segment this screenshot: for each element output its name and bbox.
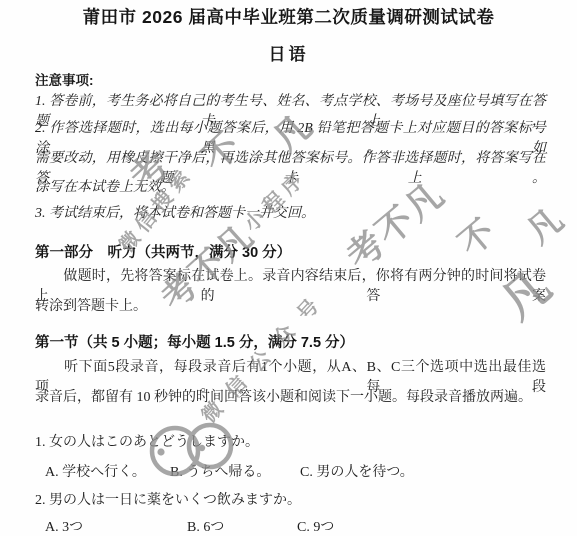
- section1-intro: 听下面5段录音，每段录音后有1个小题，从A、B、C三个选项中选出最佳选项。每段录…: [35, 358, 546, 417]
- option-label: C. 男の人を待つ。: [300, 461, 414, 481]
- part1-intro: 做题时，先将答案标在试卷上。录音内容结束后，你将有两分钟的时间将试卷上的答案转涂…: [35, 267, 546, 326]
- notice-heading: 注意事项:: [35, 69, 94, 89]
- text-line: 2. 作答选择题时，选出每小题答案后，用 2B 铅笔把答题卡上对应题目的答案标号…: [35, 119, 546, 149]
- question-2-options: A. 3つB. 6つC. 9つ: [35, 516, 546, 536]
- question-2-text: 2. 男の人は一日に薬をいくつ飲みますか。: [35, 489, 546, 509]
- question-1-text: 1. 女の人はこのあとどうしますか。: [35, 431, 546, 451]
- option-label: A. 学校へ行く。: [45, 461, 146, 481]
- question-1-options: A. 学校へ行く。B. うちへ帰る。C. 男の人を待つ。: [35, 461, 546, 481]
- notice-item-3: 3. 考试结束后，将本试卷和答题卡一并交回。: [35, 204, 546, 234]
- subject-title: 日语: [0, 40, 577, 65]
- text-line: 听下面5段录音，每段录音后有1个小题，从A、B、C三个选项中选出最佳选项。每段: [35, 358, 546, 388]
- text-line: 做题时，先将答案标在试卷上。录音内容结束后，你将有两分钟的时间将试卷上的答案: [35, 267, 546, 297]
- part1-heading: 第一部分 听力（共两节，满分 30 分）: [35, 241, 291, 262]
- text-line: 1. 答卷前，考生务必将自己的考生号、姓名、考点学校、考场号及座位号填写在答题卡…: [35, 92, 546, 122]
- option-label: B. 6つ: [187, 516, 224, 536]
- text-line: 3. 考试结束后，将本试卷和答题卡一并交回。: [35, 204, 546, 234]
- text-line: 录音后，都留有 10 秒钟的时间回答该小题和阅读下一小题。每段录音播放两遍。: [35, 388, 546, 418]
- text-line: 需要改动，用橡皮擦干净后，再选涂其他答案标号。作答非选择题时，将答案写在答题卡上…: [35, 149, 546, 179]
- option-label: C. 9つ: [297, 516, 334, 536]
- option-label: A. 3つ: [45, 516, 83, 536]
- option-label: B. うちへ帰る。: [170, 461, 270, 481]
- exam-paper-page: 莆田市 2026 届高中毕业班第二次质量调研测试试卷 日语 注意事项: 1. 答…: [0, 0, 577, 536]
- notice-item-2: 2. 作答选择题时，选出每小题答案后，用 2B 铅笔把答题卡上对应题目的答案标号…: [35, 119, 546, 208]
- notice-item-1: 1. 答卷前，考生务必将自己的考生号、姓名、考点学校、考场号及座位号填写在答题卡…: [35, 92, 546, 122]
- section1-heading: 第一节（共 5 小题；每小题 1.5 分，满分 7.5 分）: [35, 331, 354, 352]
- page-title: 莆田市 2026 届高中毕业班第二次质量调研测试试卷: [0, 4, 577, 29]
